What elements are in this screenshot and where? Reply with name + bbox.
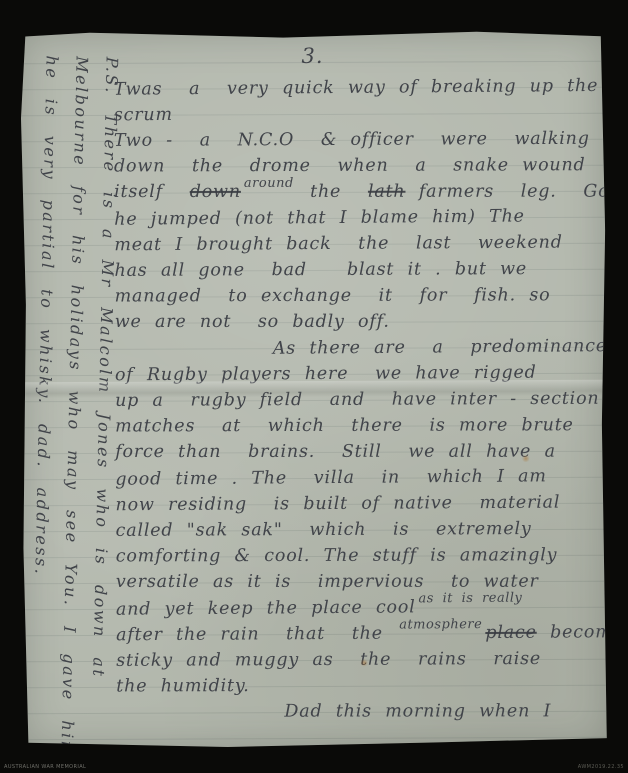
handwritten-line: and yet keep the place coolas it is real… [116,593,598,623]
text-segment: meat I brought back the last weekend [114,233,562,256]
text-segment: called "sak sak" which is extremely [116,519,532,541]
struck-out-word: lath [368,182,406,202]
handwritten-line: managed to exchange it for fish. so [115,282,597,309]
handwritten-line: Dad this morning when I [284,698,598,724]
text-segment: itself [114,182,190,202]
text-segment: Twas a very quick way of breaking up the [114,76,599,100]
handwritten-line: sticky and muggy as the rains raise [116,646,598,674]
handwritten-line: the humidity. [116,672,598,699]
text-segment: managed to exchange it for fish. so [115,285,551,306]
inserted-word: as it is really [418,591,522,607]
letter-page: 3. P.S. There is a Mr Malcolm Jones who … [19,30,608,750]
margin-postscript: P.S. There is a Mr Malcolm Jones who is … [17,55,126,755]
handwritten-line: itself downaround the lath farmers leg. … [114,179,596,205]
inserted-word: atmosphere [399,617,482,633]
text-segment: has all gone bad blast it . but we [114,259,527,281]
text-segment: Dad this morning when I [284,701,551,721]
text-segment: Two - a N.C.O & officer were walking [114,129,590,151]
text-segment: now residing is built of native material [115,493,560,516]
handwritten-line: called "sak sak" which is extremely [116,516,598,544]
handwritten-line: has all gone bad blast it . but we [114,256,596,284]
text-segment: he jumped (not that I blame him) The [114,206,525,229]
text-segment: force than brains. Still we all have a [115,442,556,462]
text-segment: of Rugby players here we have rigged [115,363,537,386]
inserted-word: around [244,176,294,191]
text-segment: versatile as it is impervious to water [116,572,539,592]
text-segment: becomes [537,622,628,643]
letter-body: Twas a very quick way of breaking up the… [114,74,599,726]
handwritten-line: Twas a very quick way of breaking up the [114,73,596,103]
handwritten-line: As there are a predominance [273,333,597,362]
archive-reference: AWM2019.22.35 [578,764,624,770]
handwritten-line: good time . The villa in which I am [115,463,597,493]
text-segment: sticky and muggy as the rains raise [116,649,541,671]
handwritten-line: force than brains. Still we all have a [115,439,597,465]
handwritten-line: of Rugby players here we have rigged [115,359,597,388]
handwritten-line: after the rain that the atmosphereplace … [116,619,598,648]
text-segment: farmers leg. Golly, [405,182,628,202]
handwritten-line: comforting & cool. The stuff is amazingl… [116,542,598,569]
text-segment: we are not so badly off. [115,312,390,332]
text-segment: the humidity. [116,676,249,696]
handwritten-line: now residing is built of native material [115,489,597,518]
struck-out-word: place [485,623,537,643]
photo-frame: 3. P.S. There is a Mr Malcolm Jones who … [0,0,628,773]
text-segment: down the drome when a snake wound [114,155,586,176]
text-segment: scrum [114,105,173,125]
text-segment: the [297,182,368,202]
text-segment: up a rugby field and have inter - sectio… [115,389,600,411]
handwritten-line: we are not so badly off. [115,309,597,335]
text-segment: after the rain that the [116,624,396,646]
handwritten-line: versatile as it is impervious to water [116,569,598,595]
text-segment: good time . The villa in which I am [115,466,547,489]
text-segment: comforting & cool. The stuff is amazingl… [116,545,558,566]
handwritten-line: scrum [114,99,596,128]
handwritten-line: Two - a N.C.O & officer were walking [114,126,596,154]
handwritten-line: meat I brought back the last weekend [114,229,596,258]
text-segment: As there are a predominance [273,336,607,359]
handwritten-line: down the drome when a snake wound [114,152,596,179]
handwritten-line: up a rugby field and have inter - sectio… [115,386,597,414]
handwritten-line: matches at which there is more brute [115,412,597,439]
text-segment: matches at which there is more brute [115,415,574,436]
text-segment: and yet keep the place cool [116,597,416,619]
handwritten-line: he jumped (not that I blame him) The [114,203,596,233]
struck-out-word: down [190,182,241,202]
archive-credit: AUSTRALIAN WAR MEMORIAL [4,764,86,770]
